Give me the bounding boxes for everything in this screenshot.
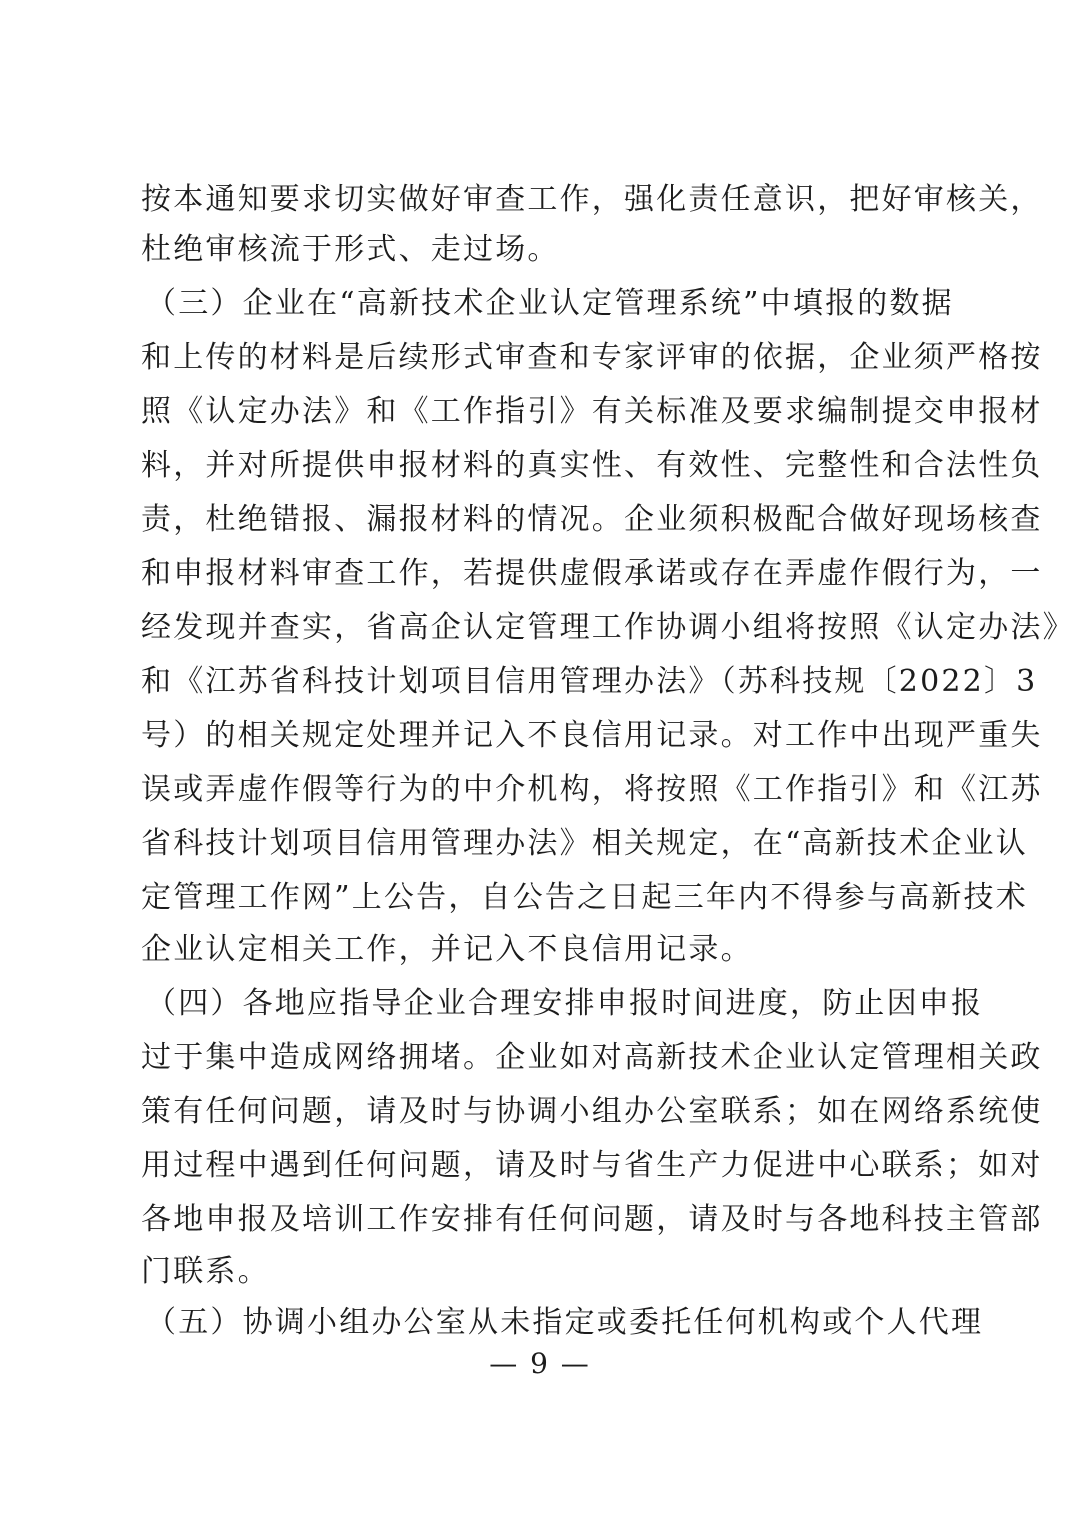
text-line: 定管理工作网”上公告，自公告之日起三年内不得参与高新技术 — [141, 878, 941, 918]
text-line: 照《认定办法》和《工作指引》有关标准及要求编制提交申报材 — [141, 392, 941, 432]
text-line: 经发现并查实，省高企认定管理工作协调小组将按照《认定办法》 — [141, 608, 941, 648]
text-line: 杜绝审核流于形式、走过场。 — [141, 230, 560, 270]
text-line: 企业认定相关工作，并记入不良信用记录。 — [141, 930, 753, 970]
text-line: 过于集中造成网络拥堵。企业如对高新技术企业认定管理相关政 — [141, 1038, 941, 1078]
text-line: 和上传的材料是后续形式审查和专家评审的依据，企业须严格按 — [141, 338, 941, 378]
text-line: 策有任何问题，请及时与协调小组办公室联系；如在网络系统使 — [141, 1092, 941, 1132]
text-line: 各地申报及培训工作安排有任何问题，请及时与各地科技主管部 — [141, 1200, 941, 1240]
text-line: 料，并对所提供申报材料的真实性、有效性、完整性和合法性负 — [141, 446, 941, 486]
text-line: （三）企业在“高新技术企业认定管理系统”中填报的数据 — [146, 284, 941, 324]
text-line: 误或弄虚作假等行为的中介机构，将按照《工作指引》和《江苏 — [141, 770, 941, 810]
text-line: 省科技计划项目信用管理办法》相关规定，在“高新技术企业认 — [141, 824, 941, 864]
document-page: 按本通知要求切实做好审查工作，强化责任意识，把好审核关， 杜绝审核流于形式、走过… — [0, 0, 1080, 1527]
text-line: （五）协调小组办公室从未指定或委托任何机构或个人代理 — [146, 1303, 941, 1343]
text-line: 门联系。 — [141, 1252, 270, 1292]
text-line: 责，杜绝错报、漏报材料的情况。企业须积极配合做好现场核查 — [141, 500, 941, 540]
text-line: 和《江苏省科技计划项目信用管理办法》（苏科技规〔2022〕3 — [141, 662, 941, 702]
text-line: 和申报材料审查工作，若提供虚假承诺或存在弄虚作假行为，一 — [141, 554, 941, 594]
text-line: 用过程中遇到任何问题，请及时与省生产力促进中心联系；如对 — [141, 1146, 941, 1186]
page-number: — 9 — — [0, 1346, 1080, 1382]
text-line: 按本通知要求切实做好审查工作，强化责任意识，把好审核关， — [141, 180, 941, 220]
text-line: （四）各地应指导企业合理安排申报时间进度，防止因申报 — [146, 984, 941, 1024]
text-line: 号）的相关规定处理并记入不良信用记录。对工作中出现严重失 — [141, 716, 941, 756]
